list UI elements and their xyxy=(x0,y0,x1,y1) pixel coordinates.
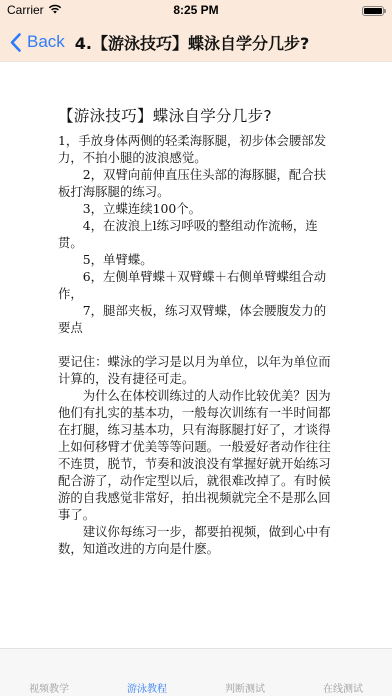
paragraph: 4，在波浪上l练习呼吸的整组动作流畅，连贯。 xyxy=(58,217,338,251)
article: 【游泳技巧】蝶泳自学分几步? 1，手放身体两侧的轻柔海豚腿，初步体会腰部发力，不… xyxy=(58,104,338,557)
paragraph: 建议你每练习一步，都要拍视频，做到心中有数，知道改进的方向是什麽。 xyxy=(58,523,338,557)
paragraph: 7，腿部夹板，练习双臂蝶，体会腰腹发力的要点 xyxy=(58,302,338,336)
status-bar: Carrier 8:25 PM xyxy=(0,0,392,20)
paragraph: 为什么在体校训练过的人动作比较优美？因为他们有扎实的基本功，一般每次训练有一半时… xyxy=(58,387,338,523)
chevron-left-icon xyxy=(10,33,21,52)
navigation-bar: Back 4.【游泳技巧】蝶泳自学分几步? xyxy=(0,22,392,62)
paragraph: 3，立蝶连续100个。 xyxy=(58,200,338,217)
back-button[interactable]: Back xyxy=(10,32,65,52)
paragraph: 要记住：蝶泳的学习是以月为单位，以年为单位而计算的，没有捷径可走。 xyxy=(58,353,338,387)
back-label: Back xyxy=(27,32,65,52)
tab-judgment-test[interactable]: 判断测试 xyxy=(196,680,294,695)
tab-online-test[interactable]: 在线测试 xyxy=(294,680,392,695)
paragraph: 6，左侧单臂蝶＋双臂蝶＋右侧单臂蝶组合动作， xyxy=(58,268,338,302)
paragraph: 5，单臂蝶。 xyxy=(58,251,338,268)
article-body: 1，手放身体两侧的轻柔海豚腿，初步体会腰部发力，不拍小腿的波浪感觉。 2，双臂向… xyxy=(58,132,338,557)
paragraph: 1，手放身体两侧的轻柔海豚腿，初步体会腰部发力，不拍小腿的波浪感觉。 xyxy=(58,132,338,166)
article-title: 【游泳技巧】蝶泳自学分几步? xyxy=(58,104,338,126)
tab-video-lessons[interactable]: 视频教学 xyxy=(0,680,98,695)
tab-swimming-tutorial[interactable]: 游泳教程 xyxy=(98,680,196,695)
battery-icon xyxy=(362,6,384,16)
paragraph: 2，双臂向前伸直压住头部的海豚腿，配合扶板打海豚腿的练习。 xyxy=(58,166,338,200)
clock: 8:25 PM xyxy=(0,3,392,17)
header: Carrier 8:25 PM Back 4.【游泳技巧】蝶泳自学分几步? xyxy=(0,0,392,62)
blank-line xyxy=(58,336,338,353)
page-title: 4.【游泳技巧】蝶泳自学分几步? xyxy=(75,31,310,54)
tab-bar: 视频教学 游泳教程 判断测试 在线测试 xyxy=(0,648,392,696)
